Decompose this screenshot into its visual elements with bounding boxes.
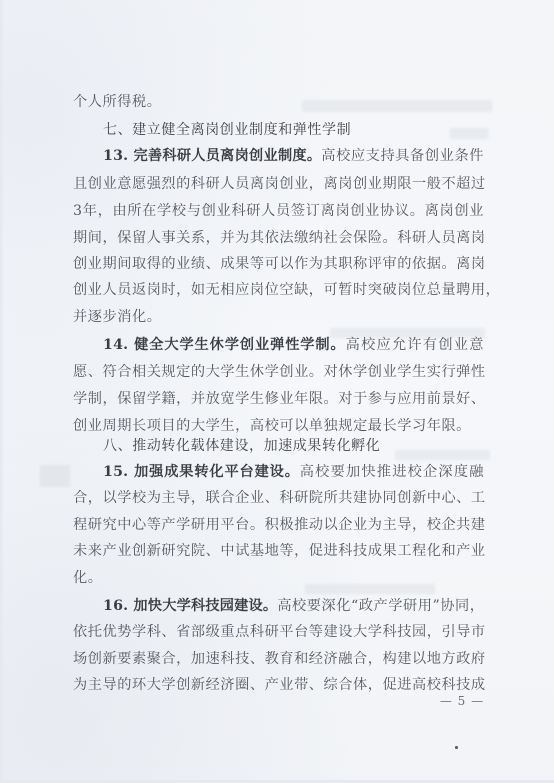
line-text: 场创新要素聚合，加速科技、教育和经济融合，构建以地方政府 — [73, 651, 486, 667]
item-13-first-line: 13. 完善科研人员离岗创业制度。高校应支持具备创业条件 — [103, 146, 484, 166]
scanned-page: 个人所得税。 七、建立健全离岗创业制度和弹性学制 13. 完善科研人员离岗创业制… — [0, 0, 554, 783]
body-line: 且创业意愿强烈的科研人员离岗创业，离岗创业期限一般不超过 — [73, 174, 484, 194]
line-text: 创业周期长项目的大学生，高校可以单独规定最长学习年限。 — [73, 418, 471, 434]
line-text: 期间，保留人事关系，并为其依法缴纳社会保险。科研人员离岗 — [73, 230, 486, 246]
body-line: 个人所得税。 — [73, 92, 493, 112]
line-text: 高校要深化“政产学研用”协同， — [277, 598, 484, 614]
body-line: 合，以学校为主导，联合企业、科研院所共建协同创新中心、工 — [73, 488, 484, 508]
line-text: 个人所得税。 — [73, 94, 161, 110]
line-text: 高校应支持具备创业条件 — [321, 148, 484, 164]
line-text: 创业期间取得的业绩、成果等可以作为其职称评审的依据。离岗 — [73, 256, 486, 272]
line-text: 创业人员返岗时，如无相应岗位空缺，可暂时突破岗位总量聘用， — [73, 282, 500, 298]
body-line: 学制，保留学籍，并放宽学生修业年限。对于参与应用前景好、 — [73, 389, 484, 409]
section-heading-text: 七、建立健全离岗创业制度和弹性学制 — [103, 122, 351, 138]
line-text: 且创业意愿强烈的科研人员离岗创业，离岗创业期限一般不超过 — [73, 176, 486, 192]
scan-dust-speck — [455, 746, 458, 749]
body-line: 程研究中心等产学研用平台。积极推动以企业为主导，校企共建 — [73, 515, 484, 535]
page-number: — 5 — — [437, 692, 487, 710]
line-text: 未来产业创新研究院、中试基地等，促进科技成果工程化和产业 — [73, 543, 486, 559]
line-text: 化。 — [73, 570, 102, 586]
item-14-title: 14. 健全大学生休学创业弹性学制。 — [103, 337, 346, 353]
item-15-first-line: 15. 加强成果转化平台建设。高校要加快推进校企深度融 — [103, 462, 484, 482]
item-13-title: 13. 完善科研人员离岗创业制度。 — [103, 148, 321, 164]
body-line: 依托优势学科、省部级重点科研平台等建设大学科技园，引导市 — [73, 622, 484, 642]
item-16-first-line: 16. 加快大学科技园建设。高校要深化“政产学研用”协同， — [103, 596, 484, 616]
item-14-first-line: 14. 健全大学生休学创业弹性学制。高校应允许有创业意 — [103, 335, 484, 355]
item-16-title: 16. 加快大学科技园建设。 — [103, 598, 277, 614]
line-text: 学制，保留学籍，并放宽学生修业年限。对于参与应用前景好、 — [73, 391, 486, 407]
body-line: 愿、符合相关规定的大学生休学创业。对休学创业学生实行弹性 — [73, 362, 484, 382]
line-text: 并逐步消化。 — [73, 309, 161, 325]
body-line: 创业人员返岗时，如无相应岗位空缺，可暂时突破岗位总量聘用， — [73, 280, 484, 300]
body-line: 3年，由所在学校与创业科研人员签订离岗创业协议。离岗创业 — [73, 201, 484, 221]
item-15-title: 15. 加强成果转化平台建设。 — [103, 464, 300, 480]
scan-edge-shadow — [0, 0, 4, 783]
line-text: 程研究中心等产学研用平台。积极推动以企业为主导，校企共建 — [73, 517, 486, 533]
section-heading-text: 八、推动转化载体建设，加速成果转化孵化 — [103, 438, 380, 454]
section-heading-8: 八、推动转化载体建设，加速成果转化孵化 — [103, 436, 523, 456]
line-text: 愿、符合相关规定的大学生休学创业。对休学创业学生实行弹性 — [73, 364, 486, 380]
body-line: 化。 — [73, 568, 493, 588]
section-heading-7: 七、建立健全离岗创业制度和弹性学制 — [103, 120, 523, 140]
body-line: 创业周期长项目的大学生，高校可以单独规定最长学习年限。 — [73, 416, 493, 436]
body-line: 期间，保留人事关系，并为其依法缴纳社会保险。科研人员离岗 — [73, 228, 484, 248]
line-text: 高校要加快推进校企深度融 — [300, 464, 484, 480]
body-line: 并逐步消化。 — [73, 307, 493, 327]
line-text: 3年，由所在学校与创业科研人员签订离岗创业协议。离岗创业 — [73, 203, 484, 219]
line-text: 依托优势学科、省部级重点科研平台等建设大学科技园，引导市 — [73, 624, 486, 640]
bleed-through-artifact — [40, 465, 70, 487]
body-line: 为主导的环大学创新经济圈、产业带、综合体，促进高校科技成 — [73, 675, 484, 695]
body-line: 场创新要素聚合，加速科技、教育和经济融合，构建以地方政府 — [73, 649, 484, 669]
line-text: 为主导的环大学创新经济圈、产业带、综合体，促进高校科技成 — [73, 677, 486, 693]
line-text: 高校应允许有创业意 — [346, 337, 484, 353]
body-line: 未来产业创新研究院、中试基地等，促进科技成果工程化和产业 — [73, 541, 484, 561]
line-text: 合，以学校为主导，联合企业、科研院所共建协同创新中心、工 — [73, 490, 486, 506]
body-line: 创业期间取得的业绩、成果等可以作为其职称评审的依据。离岗 — [73, 254, 484, 274]
